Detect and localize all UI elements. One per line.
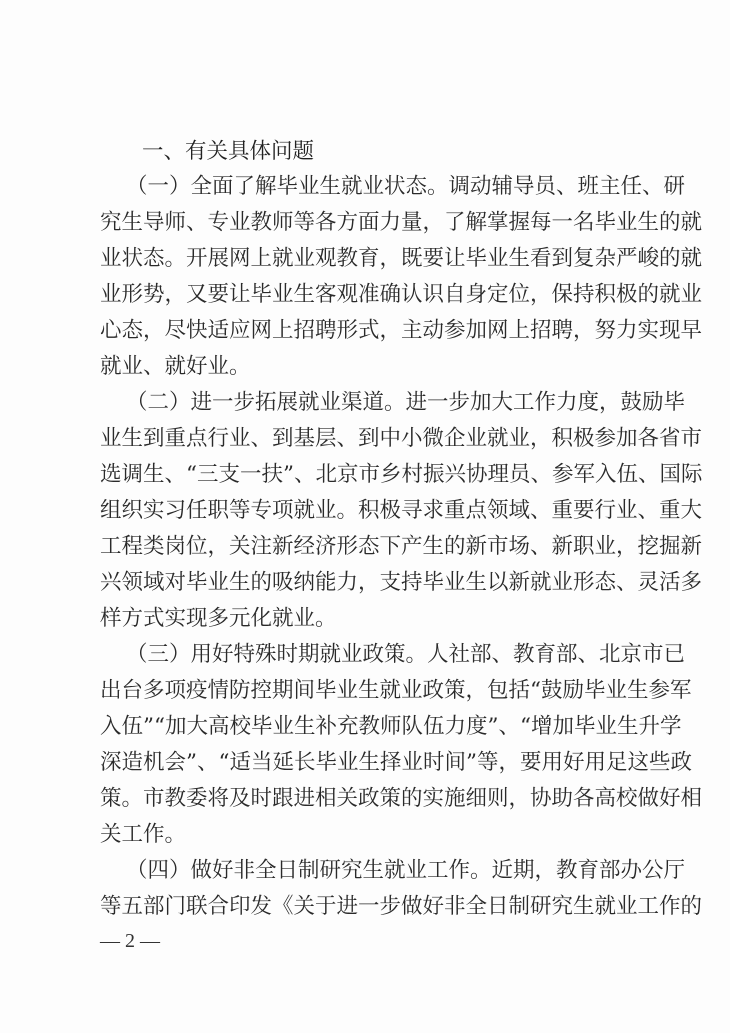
section-heading: 一、有关具体问题 xyxy=(142,134,314,170)
page-number: — 2 — xyxy=(100,930,160,953)
document-page: 一、有关具体问题 （一）全面了解毕业生就业状态。调动辅导员、班主任、研 究生导师… xyxy=(0,0,730,1033)
paragraph-line: 深造机会”、“适当延长毕业生择业时间”等，要用好用足这些政 xyxy=(100,745,634,781)
paragraph-line: 入伍”“加大高校毕业生补充教师队伍力度”、“增加毕业生升学 xyxy=(100,709,634,745)
paragraph-line: 等五部门联合印发《关于进一步做好非全日制研究生就业工作的 xyxy=(100,889,634,925)
paragraph-line: 业状态。开展网上就业观教育，既要让毕业生看到复杂严峻的就 xyxy=(100,241,634,277)
paragraph-line: （二）进一步拓展就业渠道。进一步加大工作力度，鼓励毕 xyxy=(126,385,634,421)
paragraph-line: 样方式实现多元化就业。 xyxy=(100,601,634,637)
paragraph-line: 选调生、“三支一扶”、北京市乡村振兴协理员、参军入伍、国际 xyxy=(100,457,634,493)
paragraph-line: 组织实习任职等专项就业。积极寻求重点领域、重要行业、重大 xyxy=(100,493,634,529)
paragraph-line: 业形势，又要让毕业生客观准确认识自身定位，保持积极的就业 xyxy=(100,277,634,313)
paragraph-line: （三）用好特殊时期就业政策。人社部、教育部、北京市已 xyxy=(126,637,634,673)
paragraph-line: 兴领域对毕业生的吸纳能力，支持毕业生以新就业形态、灵活多 xyxy=(100,565,634,601)
paragraph-line: （一）全面了解毕业生就业状态。调动辅导员、班主任、研 xyxy=(126,169,634,205)
paragraph-line: 策。市教委将及时跟进相关政策的实施细则，协助各高校做好相 xyxy=(100,781,634,817)
paragraph-line: 就业、就好业。 xyxy=(100,349,634,385)
paragraph-line: 究生导师、专业教师等各方面力量，了解掌握每一名毕业生的就 xyxy=(100,205,634,241)
paragraph-line: 工程类岗位，关注新经济形态下产生的新市场、新职业，挖掘新 xyxy=(100,529,634,565)
paragraph-line: 心态，尽快适应网上招聘形式，主动参加网上招聘，努力实现早 xyxy=(100,313,634,349)
paragraph-line: （四）做好非全日制研究生就业工作。近期，教育部办公厅 xyxy=(126,853,634,889)
paragraph-line: 业生到重点行业、到基层、到中小微企业就业，积极参加各省市 xyxy=(100,421,634,457)
paragraph-line: 关工作。 xyxy=(100,817,634,853)
paragraph-line: 出台多项疫情防控期间毕业生就业政策，包括“鼓励毕业生参军 xyxy=(100,673,634,709)
